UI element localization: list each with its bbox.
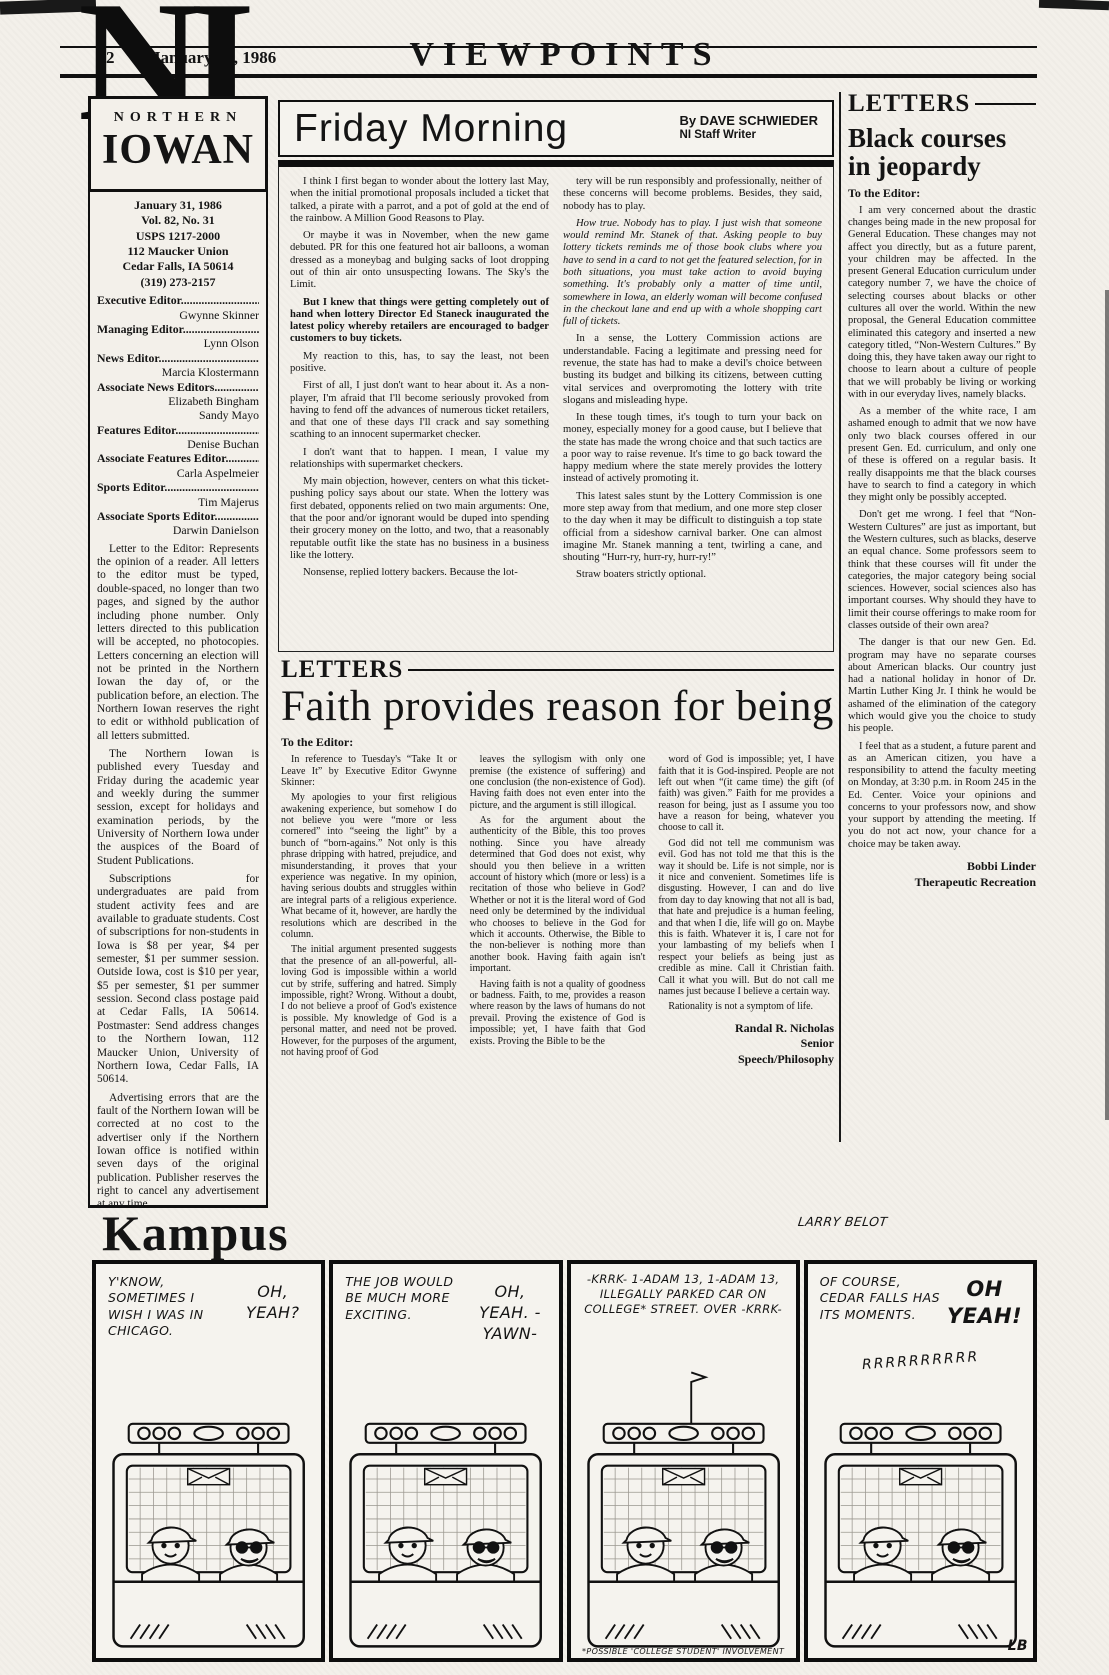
letters-section-header: LETTERS bbox=[848, 90, 1036, 118]
letter-salutation: To the Editor: bbox=[281, 735, 834, 750]
masthead-info-line: Vol. 82, No. 31 bbox=[97, 213, 259, 228]
letter-headline: Black courses in jeopardy bbox=[848, 124, 1036, 181]
masthead-paragraph: Letter to the Editor: Represents the opi… bbox=[97, 543, 259, 743]
police-car-drawing bbox=[816, 1362, 1025, 1654]
comic-panel-3: -KRRK- 1-Adam 13, 1-Adam 13, illegally p… bbox=[567, 1260, 800, 1662]
newspaper-page: NI 2 January 31, 1986 VIEWPOINTS NORTHER… bbox=[0, 0, 1109, 1675]
letters-header-rule bbox=[975, 103, 1036, 105]
letter-paragraph: I am very concerned about the drastic ch… bbox=[848, 205, 1036, 402]
article-paragraph: Straw boaters strictly optional. bbox=[563, 569, 822, 581]
masthead-staff-line: Denise Buchan bbox=[97, 437, 259, 451]
police-car-illustration bbox=[816, 1362, 1025, 1654]
masthead-info-line: Cedar Falls, IA 50614 bbox=[97, 259, 259, 274]
masthead-staff-line: Carla Aspelmeier bbox=[97, 466, 259, 480]
byline-role: NI Staff Writer bbox=[680, 129, 818, 142]
masthead-info-line: (319) 273-2157 bbox=[97, 275, 259, 290]
masthead-paragraph: Subscriptions for undergraduates are pai… bbox=[97, 873, 259, 1087]
letter-paragraph: I feel that as a student, a future paren… bbox=[848, 741, 1036, 852]
masthead-info-line: 112 Maucker Union bbox=[97, 244, 259, 259]
article-paragraph: This latest sales stunt by the Lottery C… bbox=[563, 491, 822, 565]
article-paragraph: Nonsense, replied lottery backers. Becau… bbox=[290, 567, 549, 579]
article-paragraph: tery will be run responsibly and profess… bbox=[563, 176, 822, 213]
masthead-staff-list: Executive EditorGwynne SkinnerManaging E… bbox=[97, 293, 259, 538]
letter-paragraph: In reference to Tuesday's “Take It or Le… bbox=[281, 754, 457, 788]
letter-paragraph: The initial argument presented suggests … bbox=[281, 944, 457, 1058]
letters-right-column: LETTERS Black courses in jeopardy To the… bbox=[848, 90, 1036, 1144]
byline-author: By DAVE SCHWIEDER bbox=[680, 114, 818, 129]
signature-line: Therapeutic Recreation bbox=[848, 875, 1036, 891]
section-title: VIEWPOINTS bbox=[330, 36, 800, 74]
police-car-illustration bbox=[341, 1362, 550, 1654]
masthead-name-top: NORTHERN bbox=[91, 110, 265, 126]
masthead-staff-line: Features Editor bbox=[97, 423, 259, 437]
letter-body: I am very concerned about the drastic ch… bbox=[848, 205, 1036, 851]
letter-column-3-paragraphs: word of God is impossible; yet, I have f… bbox=[658, 754, 834, 1013]
letter-paragraph: word of God is impossible; yet, I have f… bbox=[658, 754, 834, 834]
article-paragraph: I don't want that to happen. I mean, I v… bbox=[290, 447, 549, 472]
letter-headline-line1: Black courses bbox=[848, 124, 1036, 152]
signature-line: Speech/Philosophy bbox=[658, 1052, 834, 1068]
letter-column-3: word of God is impossible; yet, I have f… bbox=[658, 754, 834, 1067]
police-car-drawing bbox=[579, 1362, 788, 1654]
masthead-staff-line: News Editor bbox=[97, 351, 259, 365]
speech-text: Of course, Cedar Falls has its moments. bbox=[820, 1274, 944, 1323]
masthead-staff-line: Sports Editor bbox=[97, 480, 259, 494]
comic-footnote: *possible 'college student' involvement bbox=[575, 1647, 792, 1657]
signature-line: Randal R. Nicholas bbox=[658, 1021, 834, 1037]
friday-morning-byline: By DAVE SCHWIEDER NI Staff Writer bbox=[680, 114, 818, 142]
article-paragraph: How true. Nobody has to play. I just wis… bbox=[563, 218, 822, 329]
friday-column-2: tery will be run responsibly and profess… bbox=[563, 176, 822, 651]
friday-morning-title: Friday Morning bbox=[294, 107, 568, 151]
speech-text: Oh, yeah? bbox=[232, 1282, 313, 1324]
letter-paragraph: God did not tell me communism was evil. … bbox=[658, 838, 834, 997]
scan-smudge-right-edge bbox=[1105, 290, 1109, 1120]
friday-morning-article: I think I first began to wonder about th… bbox=[278, 160, 834, 652]
letter-paragraph: As for the argument about the authentici… bbox=[470, 815, 646, 974]
artist-initials: LB bbox=[1008, 1637, 1028, 1655]
masthead-staff-line: Lynn Olson bbox=[97, 336, 259, 350]
speech-text: Oh yeah! bbox=[944, 1276, 1025, 1331]
letters-header-rule bbox=[408, 669, 834, 671]
letter-paragraph: My apologies to your first religious awa… bbox=[281, 792, 457, 940]
article-paragraph: Or maybe it was in November, when the ne… bbox=[290, 230, 549, 291]
letter-paragraph: Having faith is not a quality of goodnes… bbox=[470, 979, 646, 1047]
masthead-staff-line: Associate Sports Editor bbox=[97, 509, 259, 523]
friday-column-1: I think I first began to wonder about th… bbox=[290, 176, 549, 651]
masthead-staff-line: Associate News Editors bbox=[97, 380, 259, 394]
article-paragraph: My main objection, however, centers on w… bbox=[290, 476, 549, 562]
masthead-info-lines: January 31, 1986Vol. 82, No. 31USPS 1217… bbox=[97, 198, 259, 290]
column-divider-rule bbox=[839, 92, 841, 1142]
letter-paragraph: Don't get me wrong. I feel that “Non-Wes… bbox=[848, 509, 1036, 632]
speech-text: Y'know, sometimes I wish I was in Chicag… bbox=[108, 1274, 232, 1339]
article-paragraph: My reaction to this, has, to say the lea… bbox=[290, 351, 549, 376]
masthead-paragraph: The Northern Iowan is published every Tu… bbox=[97, 748, 259, 868]
masthead-staff-line: Executive Editor bbox=[97, 293, 259, 307]
scan-smudge-top-right bbox=[1039, 0, 1109, 10]
masthead-policy-paragraphs: Letter to the Editor: Represents the opi… bbox=[97, 543, 259, 1208]
police-car-illustration bbox=[104, 1362, 313, 1654]
masthead-staff-line: Marcia Klostermann bbox=[97, 365, 259, 379]
signature-line: Bobbi Linder bbox=[848, 859, 1036, 875]
comic-panel-1: Y'know, sometimes I wish I was in Chicag… bbox=[92, 1260, 325, 1662]
article-paragraph: I think I first began to wonder about th… bbox=[290, 176, 549, 225]
signature-line: Senior bbox=[658, 1036, 834, 1052]
letter-paragraph: As a member of the white race, I am asha… bbox=[848, 406, 1036, 504]
letters-section-header: LETTERS bbox=[281, 656, 834, 684]
article-paragraph: First of all, I just don't want to hear … bbox=[290, 380, 549, 441]
article-paragraph: In a sense, the Lottery Commission actio… bbox=[563, 333, 822, 407]
letter-signature: Randal R. NicholasSeniorSpeech/Philosoph… bbox=[658, 1021, 834, 1068]
police-car-drawing bbox=[104, 1362, 313, 1654]
letter-headline: Faith provides reason for being bbox=[281, 684, 834, 729]
masthead-info-line: January 31, 1986 bbox=[97, 198, 259, 213]
masthead-staff-line: Gwynne Skinner bbox=[97, 308, 259, 322]
masthead-staff-line: Tim Majerus bbox=[97, 495, 259, 509]
comic-strip: Y'know, sometimes I wish I was in Chicag… bbox=[92, 1260, 1037, 1662]
letters-label: LETTERS bbox=[848, 90, 970, 118]
comic-title: Kampus bbox=[102, 1204, 289, 1262]
masthead-staff-line: Managing Editor bbox=[97, 322, 259, 336]
letter-headline-line2: in jeopardy bbox=[848, 152, 1036, 180]
comic-panel-2: The job would be much more exciting. Oh,… bbox=[329, 1260, 562, 1662]
masthead-staff-line: Darwin Danielson bbox=[97, 523, 259, 537]
letter-paragraph: Rationality is not a symptom of life. bbox=[658, 1001, 834, 1012]
masthead-staff-line: Associate Features Editor bbox=[97, 451, 259, 465]
comic-artist-signature: LARRY BELOT bbox=[797, 1214, 888, 1230]
article-paragraph: In these tough times, it's tough to turn… bbox=[563, 412, 822, 486]
comic-panel-4: Of course, Cedar Falls has its moments. … bbox=[804, 1260, 1037, 1662]
letter-signature: Bobbi LinderTherapeutic Recreation bbox=[848, 859, 1036, 890]
masthead-box: NORTHERN IOWAN bbox=[88, 96, 268, 192]
radio-speech-text: -KRRK- 1-Adam 13, 1-Adam 13, illegally p… bbox=[579, 1272, 788, 1317]
police-car-illustration bbox=[579, 1362, 788, 1654]
letter-paragraph: The danger is that our new Gen. Ed. prog… bbox=[848, 637, 1036, 735]
article-paragraph: But I knew that things were getting comp… bbox=[290, 297, 549, 346]
speech-text: Oh, yeah. -yawn- bbox=[469, 1282, 550, 1344]
letter-column-1: In reference to Tuesday's “Take It or Le… bbox=[281, 754, 457, 1067]
police-car-drawing bbox=[341, 1362, 550, 1654]
letters-label: LETTERS bbox=[281, 656, 403, 684]
letters-center-section: LETTERS Faith provides reason for being … bbox=[281, 656, 834, 1144]
masthead-sidebar: January 31, 1986Vol. 82, No. 31USPS 1217… bbox=[88, 192, 268, 1208]
masthead-info-line: USPS 1217-2000 bbox=[97, 229, 259, 244]
masthead-staff-line: Sandy Mayo bbox=[97, 408, 259, 422]
letter-columns: In reference to Tuesday's “Take It or Le… bbox=[281, 754, 834, 1067]
masthead-staff-line: Elizabeth Bingham bbox=[97, 394, 259, 408]
letter-salutation: To the Editor: bbox=[848, 186, 1036, 201]
speech-text: The job would be much more exciting. bbox=[345, 1274, 469, 1323]
masthead-paragraph: Advertising errors that are the fault of… bbox=[97, 1092, 259, 1208]
letter-column-2: leaves the syllogism with only one premi… bbox=[470, 754, 646, 1067]
friday-morning-headline-box: Friday Morning By DAVE SCHWIEDER NI Staf… bbox=[278, 100, 834, 157]
letter-paragraph: leaves the syllogism with only one premi… bbox=[470, 754, 646, 811]
masthead-name-bottom: IOWAN bbox=[91, 129, 265, 171]
